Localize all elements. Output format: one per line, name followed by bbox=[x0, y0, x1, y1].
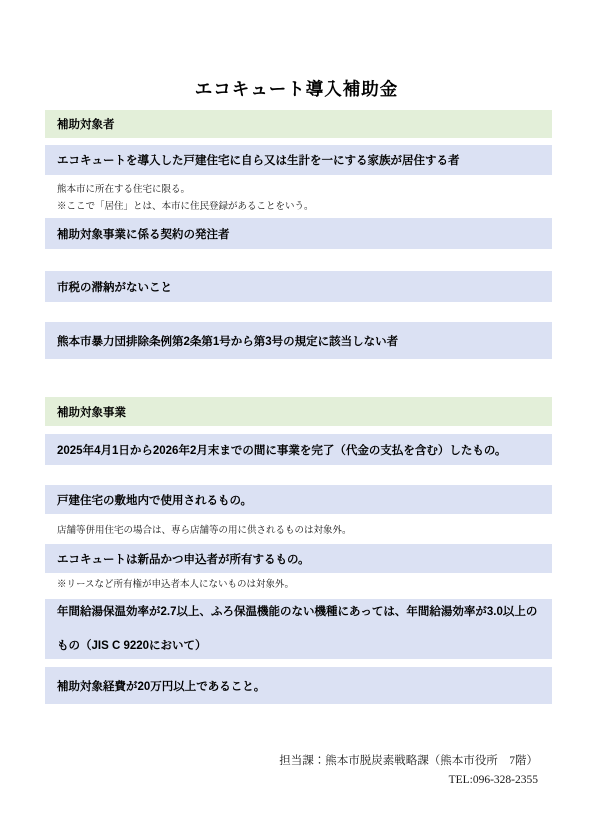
section-header-label: 補助対象事業 bbox=[57, 404, 126, 420]
footer-department: 担当課：熊本市脱炭素戦略課（熊本市役所 7階） bbox=[279, 752, 538, 771]
footer-contact: 担当課：熊本市脱炭素戦略課（熊本市役所 7階） TEL:096-328-2355 bbox=[279, 752, 538, 790]
row-gang-exclusion: 熊本市暴力団排除条例第2条第1号から第3号の規定に該当しない者 bbox=[45, 322, 552, 359]
row-text: 2025年4月1日から2026年2月末までの間に事業を完了（代金の支払を含む）し… bbox=[57, 442, 506, 458]
row-text-line: 年間給湯保温効率が2.7以上、ふろ保温機能のない機種にあっては、年間給湯効率が3… bbox=[57, 595, 537, 629]
row-text: 戸建住宅の敷地内で使用されるもの。 bbox=[57, 492, 252, 508]
row-minimum-expense: 補助対象経費が20万円以上であること。 bbox=[45, 667, 552, 704]
row-text: 補助対象経費が20万円以上であること。 bbox=[57, 678, 265, 694]
note-shop-exclusion: 店舗等併用住宅の場合は、専ら店舗等の用に供されるものは対象外。 bbox=[57, 522, 552, 539]
section-header-eligible-projects: 補助対象事業 bbox=[45, 397, 552, 426]
section-header-eligible-persons: 補助対象者 bbox=[45, 110, 552, 138]
row-no-tax-delinquency: 市税の滞納がないこと bbox=[45, 271, 552, 302]
page-title: エコキュート導入補助金 bbox=[0, 76, 593, 101]
note-line: ※ここで「居住」とは、本市に住民登録があることをいう。 bbox=[57, 198, 552, 215]
footer-tel: TEL:096-328-2355 bbox=[279, 771, 538, 790]
document-page: エコキュート導入補助金 補助対象者 エコキュートを導入した戸建住宅に自ら又は生計… bbox=[0, 0, 593, 837]
row-text: エコキュートは新品かつ申込者が所有するもの。 bbox=[57, 551, 310, 567]
row-text: 補助対象事業に係る契約の発注者 bbox=[57, 226, 230, 242]
row-text: 市税の滞納がないこと bbox=[57, 279, 172, 295]
row-residency-requirement: エコキュートを導入した戸建住宅に自ら又は生計を一にする家族が居住する者 bbox=[45, 145, 552, 175]
row-text: 熊本市暴力団排除条例第2条第1号から第3号の規定に該当しない者 bbox=[57, 333, 398, 349]
note-line: 熊本市に所在する住宅に限る。 bbox=[57, 181, 552, 198]
note-location-limit: 熊本市に所在する住宅に限る。 ※ここで「居住」とは、本市に住民登録があることをい… bbox=[57, 181, 552, 215]
row-text-line: もの（JIS C 9220において） bbox=[57, 629, 537, 663]
section-header-label: 補助対象者 bbox=[57, 116, 115, 132]
row-project-period: 2025年4月1日から2026年2月末までの間に事業を完了（代金の支払を含む）し… bbox=[45, 434, 552, 465]
row-text: エコキュートを導入した戸建住宅に自ら又は生計を一にする家族が居住する者 bbox=[57, 152, 460, 168]
row-detached-house-site: 戸建住宅の敷地内で使用されるもの。 bbox=[45, 485, 552, 514]
note-line: ※リースなど所有権が申込者本人にないものは対象外。 bbox=[57, 576, 552, 593]
row-efficiency-requirement: 年間給湯保温効率が2.7以上、ふろ保温機能のない機種にあっては、年間給湯効率が3… bbox=[45, 599, 552, 659]
row-new-and-owned: エコキュートは新品かつ申込者が所有するもの。 bbox=[45, 544, 552, 573]
note-line: 店舗等併用住宅の場合は、専ら店舗等の用に供されるものは対象外。 bbox=[57, 522, 552, 539]
note-lease-exclusion: ※リースなど所有権が申込者本人にないものは対象外。 bbox=[57, 576, 552, 593]
row-contract-orderer: 補助対象事業に係る契約の発注者 bbox=[45, 218, 552, 249]
